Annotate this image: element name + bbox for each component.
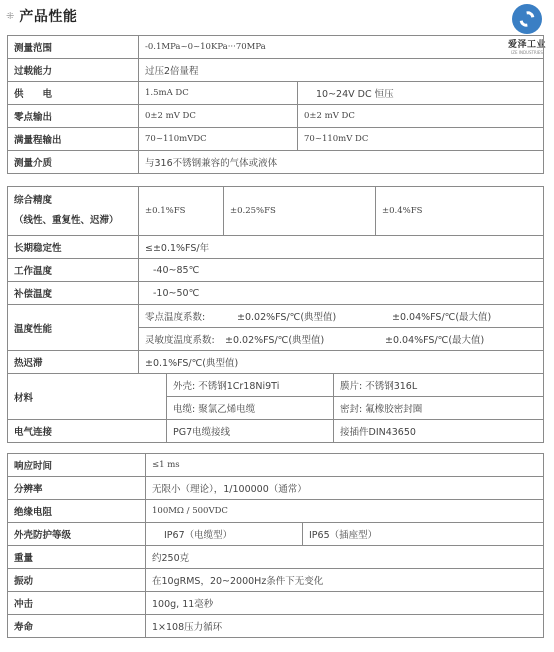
coef-typical: ±0.02%FS/℃(典型值) xyxy=(237,309,392,323)
table-row-resolution: 分辨率 无限小（理论），1/100000（通常） xyxy=(8,477,544,500)
table-row-fullscale-output: 满量程输出 70~110mVDC 70~110mV DC xyxy=(8,128,544,151)
bullet-icon: ⁜ xyxy=(6,11,14,22)
table-row-weight: 重量 约250克 xyxy=(8,546,544,569)
row-label: 分辨率 xyxy=(8,477,146,500)
row-label: 绝缘电阻 xyxy=(8,500,146,523)
logo-mark-icon xyxy=(512,4,542,34)
row-label: 测量介质 xyxy=(8,151,139,174)
spec-table-physical: 响应时间 ≤1 ms 分辨率 无限小（理论），1/100000（通常） 绝缘电阻… xyxy=(7,453,544,638)
row-value: ≤1 ms xyxy=(146,454,544,477)
row-value: -10~50℃ xyxy=(139,282,544,305)
label-line-1: 综合精度 xyxy=(14,191,138,211)
material-housing: 外壳: 不锈钢1Cr18Ni9Ti xyxy=(167,374,334,397)
table-row-overload: 过载能力 过压2倍量程 xyxy=(8,59,544,82)
table-row-zero-output: 零点输出 0±2 mV DC 0±2 mV DC xyxy=(8,105,544,128)
table-row-response: 响应时间 ≤1 ms xyxy=(8,454,544,477)
row-label: 热迟滞 xyxy=(8,351,139,374)
row-label: 过载能力 xyxy=(8,59,139,82)
row-value: 约250克 xyxy=(146,546,544,569)
coef-name: 零点温度系数: xyxy=(145,309,237,323)
table-row-stability: 长期稳定性 ≤±0.1%FS/年 xyxy=(8,236,544,259)
label-line-2: （线性、重复性、迟滞） xyxy=(14,211,138,231)
row-label: 测量范围 xyxy=(8,36,139,59)
row-value: -0.1MPa~0~10KPa···70MPa xyxy=(139,36,544,59)
row-value: 1×108压力循环 xyxy=(146,615,544,638)
section-title: 产品性能 xyxy=(19,6,77,26)
table-row-life: 寿命 1×108压力循环 xyxy=(8,615,544,638)
material-cable: 电缆: 聚氯乙烯电缆 xyxy=(167,397,334,420)
table-row-material-1: 材料 外壳: 不锈钢1Cr18Ni9Ti 膜片: 不锈钢316L xyxy=(8,374,544,397)
coef-max: ±0.04%FS/℃(最大值) xyxy=(392,309,491,323)
protection-socket: IP65（插座型） xyxy=(303,523,544,546)
row-label: 供 电 xyxy=(8,82,139,105)
row-value-a: 70~110mVDC xyxy=(139,128,298,151)
table-row-shock: 冲击 100g, 11毫秒 xyxy=(8,592,544,615)
coef-max: ±0.04%FS/℃(最大值) xyxy=(385,332,484,346)
temp-sens-coefficient: 灵敏度温度系数:±0.02%FS/℃(典型值)±0.04%FS/℃(最大值) xyxy=(139,328,544,351)
row-label: 工作温度 xyxy=(8,259,139,282)
row-value-a: 0±2 mV DC xyxy=(139,105,298,128)
table-row-temp-zero: 温度性能 零点温度系数:±0.02%FS/℃(典型值)±0.04%FS/℃(最大… xyxy=(8,305,544,328)
row-label: 外壳防护等级 xyxy=(8,523,146,546)
electrical-connector: 接插件DIN43650 xyxy=(334,420,544,443)
temp-zero-coefficient: 零点温度系数:±0.02%FS/℃(典型值)±0.04%FS/℃(最大值) xyxy=(139,305,544,328)
row-value: 与316不锈钢兼容的气体或液体 xyxy=(139,151,544,174)
table-row-medium: 测量介质 与316不锈钢兼容的气体或液体 xyxy=(8,151,544,174)
accuracy-value-3: ±0.4%FS xyxy=(376,187,544,236)
spec-table-basic: 测量范围 -0.1MPa~0~10KPa···70MPa 过载能力 过压2倍量程… xyxy=(7,35,544,174)
row-label: 振动 xyxy=(8,569,146,592)
row-value-b: 10~24V DC 恒压 xyxy=(298,82,544,105)
spec-table-performance: 综合精度 （线性、重复性、迟滞） ±0.1%FS ±0.25%FS ±0.4%F… xyxy=(7,186,544,443)
table-row-accuracy: 综合精度 （线性、重复性、迟滞） ±0.1%FS ±0.25%FS ±0.4%F… xyxy=(8,187,544,236)
table-row-insulation: 绝缘电阻 100MΩ / 500VDC xyxy=(8,500,544,523)
row-value: ±0.1%FS/℃(典型值) xyxy=(139,351,544,374)
section-header: ⁜ 产品性能 xyxy=(6,6,77,26)
row-value-a: 1.5mA DC xyxy=(139,82,298,105)
protection-cable: IP67（电缆型） xyxy=(146,523,303,546)
table-row-comp-temp: 补偿温度 -10~50℃ xyxy=(8,282,544,305)
row-value: 过压2倍量程 xyxy=(139,59,544,82)
accuracy-value-1: ±0.1%FS xyxy=(139,187,224,236)
row-label: 响应时间 xyxy=(8,454,146,477)
row-label: 冲击 xyxy=(8,592,146,615)
row-label: 温度性能 xyxy=(8,305,139,351)
row-value: 100MΩ / 500VDC xyxy=(146,500,544,523)
table-row-range: 测量范围 -0.1MPa~0~10KPa···70MPa xyxy=(8,36,544,59)
row-label: 满量程输出 xyxy=(8,128,139,151)
row-value: 在10gRMS，20~2000Hz条件下无变化 xyxy=(146,569,544,592)
table-row-protection: 外壳防护等级 IP67（电缆型） IP65（插座型） xyxy=(8,523,544,546)
table-row-vibration: 振动 在10gRMS，20~2000Hz条件下无变化 xyxy=(8,569,544,592)
table-row-electrical: 电气连接 PG7电缆接线 接插件DIN43650 xyxy=(8,420,544,443)
row-label: 寿命 xyxy=(8,615,146,638)
accuracy-value-2: ±0.25%FS xyxy=(224,187,376,236)
table-row-work-temp: 工作温度 -40~85℃ xyxy=(8,259,544,282)
row-label: 补偿温度 xyxy=(8,282,139,305)
material-diaphragm: 膜片: 不锈钢316L xyxy=(334,374,544,397)
coef-name: 灵敏度温度系数: xyxy=(145,332,225,346)
row-label: 综合精度 （线性、重复性、迟滞） xyxy=(8,187,139,236)
material-seal: 密封: 氟橡胶密封圈 xyxy=(334,397,544,420)
row-value: 100g, 11毫秒 xyxy=(146,592,544,615)
row-label: 零点输出 xyxy=(8,105,139,128)
row-label: 材料 xyxy=(8,374,167,420)
row-value: ≤±0.1%FS/年 xyxy=(139,236,544,259)
coef-typical: ±0.02%FS/℃(典型值) xyxy=(225,332,385,346)
row-label: 电气连接 xyxy=(8,420,167,443)
row-label: 长期稳定性 xyxy=(8,236,139,259)
row-value: -40~85℃ xyxy=(139,259,544,282)
table-row-power: 供 电 1.5mA DC 10~24V DC 恒压 xyxy=(8,82,544,105)
row-value: 无限小（理论），1/100000（通常） xyxy=(146,477,544,500)
electrical-cable: PG7电缆接线 xyxy=(167,420,334,443)
row-value-b: 0±2 mV DC xyxy=(298,105,544,128)
row-value-b: 70~110mV DC xyxy=(298,128,544,151)
row-label: 重量 xyxy=(8,546,146,569)
table-row-hysteresis: 热迟滞 ±0.1%FS/℃(典型值) xyxy=(8,351,544,374)
